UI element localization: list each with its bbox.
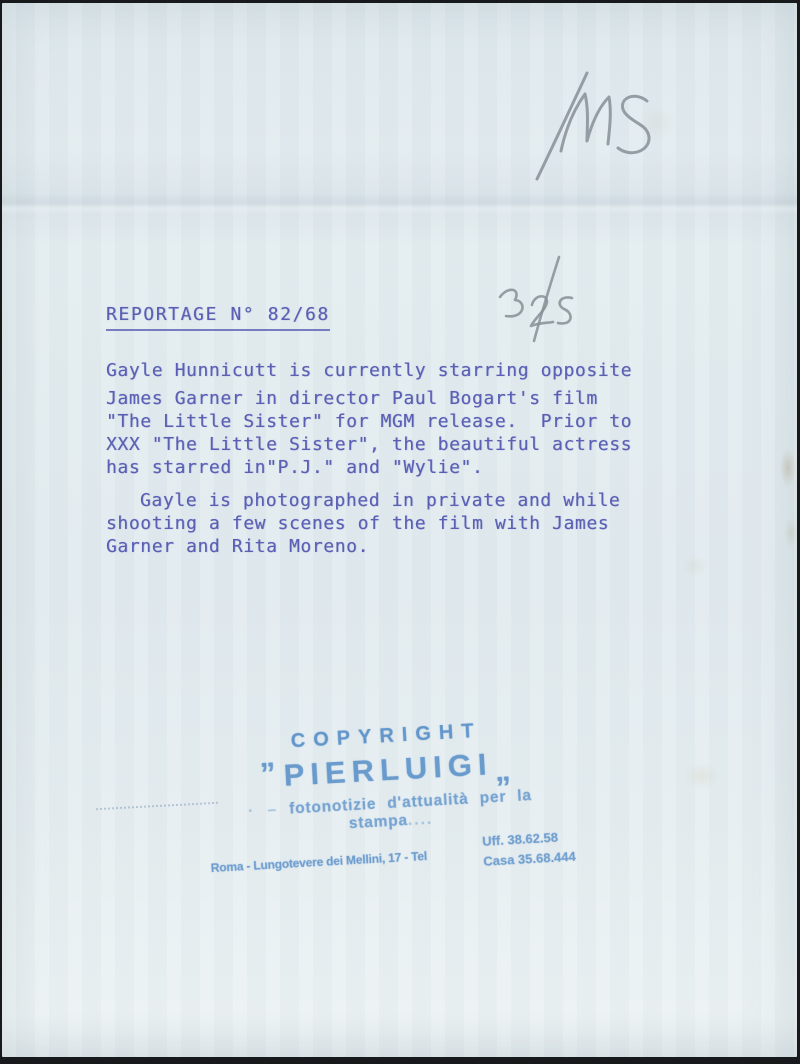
typed-line: Gayle Hunnicutt is currently starring op… [106,359,666,382]
stamp-address: Roma - Lungotevere dei Mellini, 17 - Tel [210,849,427,875]
typed-line: XXX "The Little Sister", the beautiful a… [106,433,666,456]
typed-line: shooting a few scenes of the film with J… [106,512,666,535]
typed-line: "The Little Sister" for MGM release. Pri… [106,410,666,433]
typed-line: has starred in"P.J." and "Wylie". [106,456,666,479]
stamp-phone-numbers: Uff. 38.62.58 Casa 35.68.444 [482,827,577,872]
typed-line: Garner and Rita Moreno. [106,535,666,558]
copyright-stamp: COPYRIGHT ”PIERLUIGI„ · – fotonotizie d'… [203,703,577,887]
agency-name-text: PIERLUIGI [283,746,494,793]
typed-line: James Garner in director Paul Bogart's f… [106,387,666,410]
reportage-heading: REPORTAGE N° 82/68 [106,303,330,331]
stamp-home-phone: Casa 35.68.444 [483,847,577,872]
tagline-leading-marks: · – [248,801,279,820]
open-quote-mark: ” [259,755,282,791]
close-quote-mark: „ [494,752,517,788]
paragraph-1: Gayle Hunnicutt is currently starring op… [106,359,666,479]
paragraph-2: Gayle is photographed in private and whi… [106,489,666,558]
handwritten-year-annotation [495,61,725,186]
stamp-edge-mark [96,802,218,810]
photo-paper-back: REPORTAGE N° 82/68 Gayle Hunnicutt is cu… [2,3,797,1057]
tagline-trailing-marks: .... [407,811,433,829]
typed-line: Gayle is photographed in private and whi… [106,489,666,512]
typed-caption: REPORTAGE N° 82/68 Gayle Hunnicutt is cu… [106,303,666,558]
